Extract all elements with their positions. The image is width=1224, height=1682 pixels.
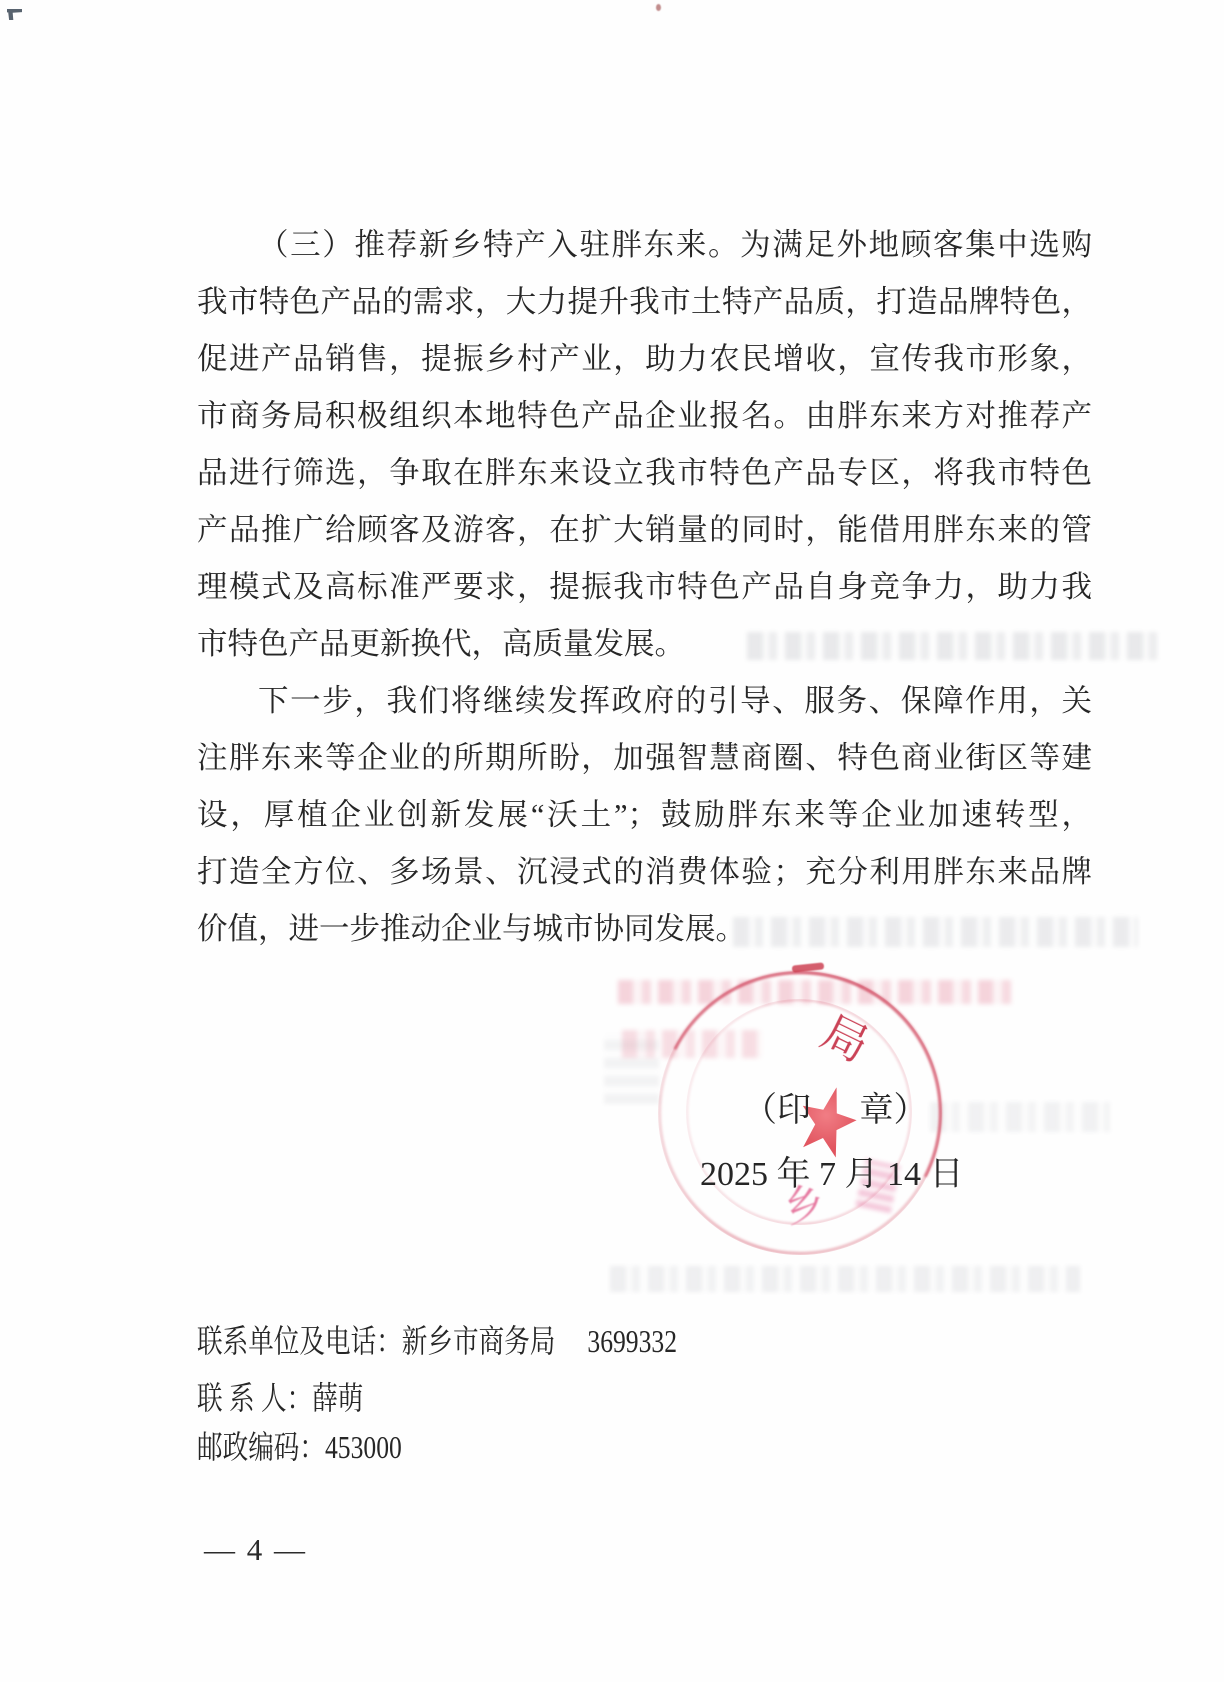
contact-postcode: 邮政编码：453000 [197, 1431, 402, 1464]
contact-person: 联 系 人：薛萌 [197, 1382, 363, 1415]
body-line: 我市特色产品的需求，大力提升我市土特产品质，打造品牌特色， [197, 274, 1092, 331]
body-line: 市特色产品更新换代，高质量发展。 [197, 616, 1092, 673]
seal-caption: （印 章） [743, 1094, 928, 1128]
body-line: 产品推广给顾客及游客，在扩大销量的同时，能借用胖东来的管 [197, 502, 1092, 559]
body-line: 下一步，我们将继续发挥政府的引导、服务、保障作用，关 [197, 673, 1092, 730]
body-line: 设，厚植企业创新发展“沃土”；鼓励胖东来等企业加速转型， [197, 787, 1092, 844]
signature-date: 2025 年 7 月 14 日 [700, 1158, 964, 1192]
scan-artifact-dot [656, 4, 661, 11]
body-line: （三）推荐新乡特产入驻胖东来。为满足外地顾客集中选购 [197, 217, 1092, 274]
body-line: 市商务局积极组织本地特色产品企业报名。由胖东来方对推荐产 [197, 388, 1092, 445]
scan-artifact-corner-mark [7, 9, 22, 20]
contact-unit-phone: 联系单位及电话：新乡市商务局 3699332 [197, 1325, 677, 1358]
document-body: （三）推荐新乡特产入驻胖东来。为满足外地顾客集中选购 我市特色产品的需求，大力提… [197, 217, 1092, 958]
body-line: 促进产品销售，提振乡村产业，助力农民增收，宣传我市形象， [197, 331, 1092, 388]
body-line: 打造全方位、多场景、沉浸式的消费体验；充分利用胖东来品牌 [197, 844, 1092, 901]
body-line: 理模式及高标准严要求，提振我市特色产品自身竞争力，助力我 [197, 559, 1092, 616]
bleed-through-smudge [930, 1102, 1110, 1132]
scanned-document-page: （三）推荐新乡特产入驻胖东来。为满足外地顾客集中选购 我市特色产品的需求，大力提… [0, 0, 1224, 1682]
page-number: — 4 — [204, 1534, 307, 1565]
body-line: 品进行筛选，争取在胖东来设立我市特色产品专区，将我市特色 [197, 445, 1092, 502]
body-line: 注胖东来等企业的所期所盼，加强智慧商圈、特色商业街区等建 [197, 730, 1092, 787]
bleed-through-smudge [610, 1266, 1080, 1292]
body-line: 价值，进一步推动企业与城市协同发展。 [197, 901, 1092, 958]
